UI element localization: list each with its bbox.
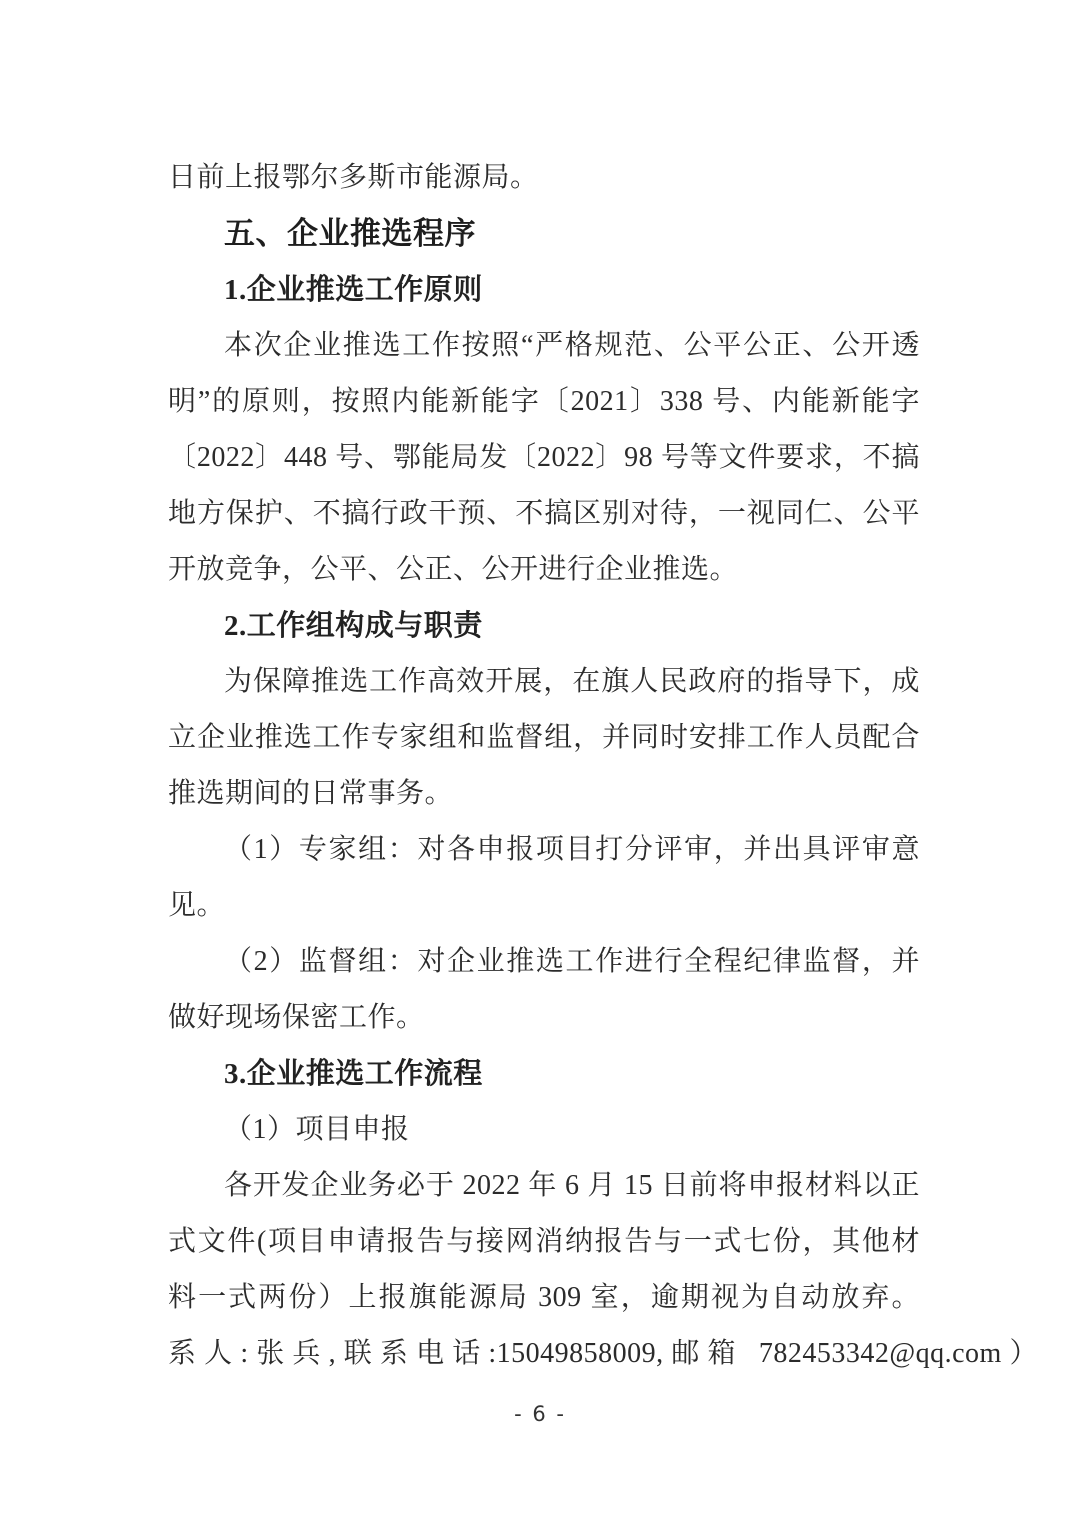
text-line: （1）专家组：对各申报项目打分评审，并出具评审意	[168, 822, 920, 878]
document-page: 日前上报鄂尔多斯市能源局。五、企业推选程序1.企业推选工作原则本次企业推选工作按…	[0, 0, 1080, 1527]
text-line: 式文件(项目申请报告与接网消纳报告与一式七份，其他材	[168, 1214, 920, 1270]
text-line: 为保障推选工作高效开展，在旗人民政府的指导下，成	[168, 654, 920, 710]
text-line: 3.企业推选工作流程	[168, 1046, 920, 1102]
text-line: 本次企业推选工作按照“严格规范、公平公正、公开透	[168, 318, 920, 374]
text-line: 系人:张兵,联系电话:15049858009,邮箱 782453342@qq.c…	[168, 1326, 1038, 1382]
text-line: 各开发企业务必于 2022 年 6 月 15 日前将申报材料以正	[168, 1158, 920, 1214]
text-line: 开放竞争，公平、公正、公开进行企业推选。	[168, 542, 920, 598]
text-line: 料一式两份）上报旗能源局 309 室，逾期视为自动放弃。（联	[168, 1270, 920, 1326]
document-body: 日前上报鄂尔多斯市能源局。五、企业推选程序1.企业推选工作原则本次企业推选工作按…	[168, 150, 920, 1382]
text-line: 1.企业推选工作原则	[168, 262, 920, 318]
text-line: 明”的原则，按照内能新能字〔2021〕338 号、内能新能字	[168, 374, 920, 430]
text-line: （2）监督组：对企业推选工作进行全程纪律监督，并	[168, 934, 920, 990]
text-line: 见。	[168, 878, 920, 934]
text-line: 五、企业推选程序	[168, 206, 920, 262]
text-line: 推选期间的日常事务。	[168, 766, 920, 822]
text-line: 做好现场保密工作。	[168, 990, 920, 1046]
text-line: 2.工作组构成与职责	[168, 598, 920, 654]
text-line: 日前上报鄂尔多斯市能源局。	[168, 150, 920, 206]
page-number: - 6 -	[0, 1402, 1080, 1426]
text-line: 〔2022〕448 号、鄂能局发〔2022〕98 号等文件要求，不搞	[168, 430, 920, 486]
text-line: 地方保护、不搞行政干预、不搞区别对待，一视同仁、公平	[168, 486, 920, 542]
text-line: 立企业推选工作专家组和监督组，并同时安排工作人员配合	[168, 710, 920, 766]
text-line: （1）项目申报	[168, 1102, 920, 1158]
